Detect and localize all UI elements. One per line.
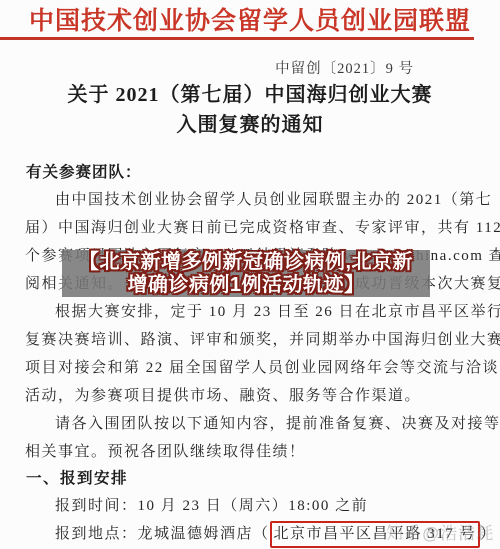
section-heading-checkin: 一、报到安排 <box>26 466 128 488</box>
notice-title-line1: 关于 2021（第七届）中国海归创业大赛 <box>0 78 500 107</box>
checkin-time-line: 报到时间：10 月 23 日（周六）18:00 之前 <box>25 494 500 515</box>
watermark: 知乎@浩浩耗 <box>386 519 494 544</box>
body-line: 复赛决赛培训、路演、评审和颁奖，并同期举办中国海归创业大赛 <box>25 328 495 349</box>
covid-news-overlay-line2: 增确诊病例1例活动轨迹】 <box>127 274 364 297</box>
body-line: 届）中国海归创业大赛日前已完成资格审查、专家评审，共有 112 <box>25 216 495 237</box>
covid-news-overlay: 【北京新增多例新冠确诊病例,北京新 增确诊病例1例活动轨迹】 <box>62 250 430 297</box>
body-line: 根据大赛安排，定于 10 月 23 日至 26 日在北京市昌平区举行 <box>25 300 500 321</box>
notice-title-line2: 入围复赛的通知 <box>0 108 500 137</box>
masthead-rule <box>0 37 474 40</box>
body-line: 项目对接会和第 22 届全国留学人员创业园网络年会等交流与洽谈 <box>25 356 495 377</box>
masthead-title: 中国技术创业协会留学人员创业园联盟 <box>0 1 500 37</box>
body-line: 相关事宜。预祝各团队继续取得佳绩！ <box>25 440 495 461</box>
covid-news-overlay-line1: 【北京新增多例新冠确诊病例,北京新 <box>79 251 413 274</box>
salutation: 有关参赛团队： <box>26 160 142 182</box>
document-page: 中国技术创业协会留学人员创业园联盟 中留创〔2021〕9 号 关于 2021（第… <box>0 0 500 549</box>
body-line: 由中国技术创业协会留学人员创业园联盟主办的 2021（第七 <box>25 188 500 209</box>
doc-number: 中留创〔2021〕9 号 <box>275 57 414 78</box>
checkin-location-prefix: 报到地点：龙城温德姆酒店（ <box>55 526 270 542</box>
body-line: 活动，为参赛项目提供市场、融资、服务等合作渠道。 <box>25 384 495 405</box>
body-line: 请各入围团队按以下通知内容，提前准备复赛、决赛及对接等 <box>25 412 500 433</box>
